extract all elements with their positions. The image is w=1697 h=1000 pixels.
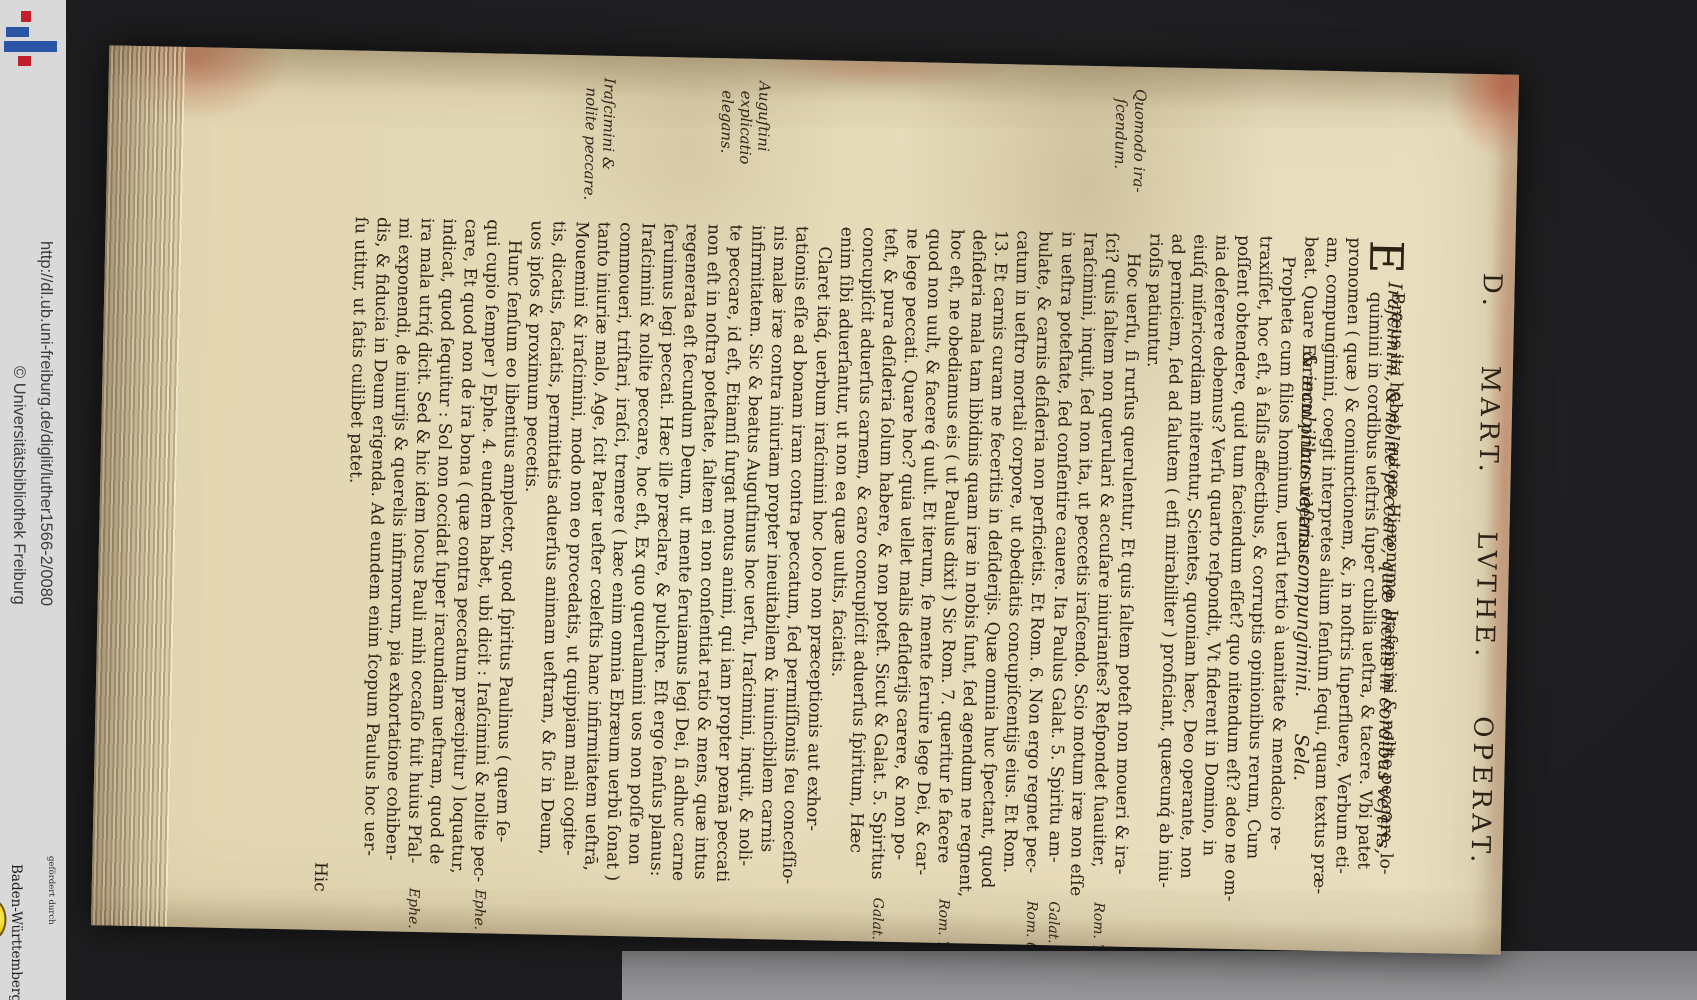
- margin-note-line: explicatio: [734, 80, 755, 222]
- source-url-label: http://dl.ub.uni-freiburg.de/diglit/luth…: [36, 241, 56, 701]
- drop-cap-initial: E: [1365, 240, 1408, 274]
- margin-note-line: nolite peccare.: [579, 77, 600, 219]
- copyright-label: © Universitätsbibliothek Freiburg: [9, 366, 29, 656]
- catchword: Hic: [310, 862, 331, 892]
- margin-note-line: Auguſtini: [752, 81, 773, 223]
- scanner-table-surface: [622, 951, 1697, 1000]
- ub-freiburg-logo-red-bottom: [18, 56, 31, 66]
- library-side-strip: http://dl.ub.uni-freiburg.de/diglit/luth…: [0, 0, 66, 1000]
- scan-viewer: D. MART. LVTHE. OPERAT. Iraſcimini, & no…: [0, 0, 1697, 1000]
- ub-freiburg-logo-red-top: [21, 11, 31, 22]
- funding-label: gefördert durch: [46, 856, 56, 926]
- running-header: D. MART. LVTHE. OPERAT.: [1463, 220, 1508, 920]
- margin-note-line: Iraſcimini &: [598, 78, 619, 220]
- coat-of-arms-shield-icon: [0, 900, 7, 940]
- region-label: Baden-Württemberg: [8, 864, 24, 996]
- margin-note: Auguſtiniexplicatioelegans.: [715, 80, 773, 223]
- page-surface: D. MART. LVTHE. OPERAT. Iraſcimini, & no…: [91, 45, 1519, 954]
- ub-freiburg-logo-blue-short-bar: [6, 27, 29, 37]
- margin-note: Iraſcimini &nolite peccare.: [579, 77, 619, 220]
- margin-note-line: elegans.: [715, 80, 736, 222]
- margin-note-line: Quomodo ira-: [1128, 89, 1149, 231]
- body-text: E Bræus ita habet, autore Hieronymo, Ira…: [335, 216, 1409, 906]
- ub-freiburg-logo-blue-long-bar: [4, 41, 57, 52]
- margin-note-line: ſcendum.: [1110, 88, 1131, 230]
- margin-note: Quomodo ira-ſcendum.: [1110, 88, 1150, 231]
